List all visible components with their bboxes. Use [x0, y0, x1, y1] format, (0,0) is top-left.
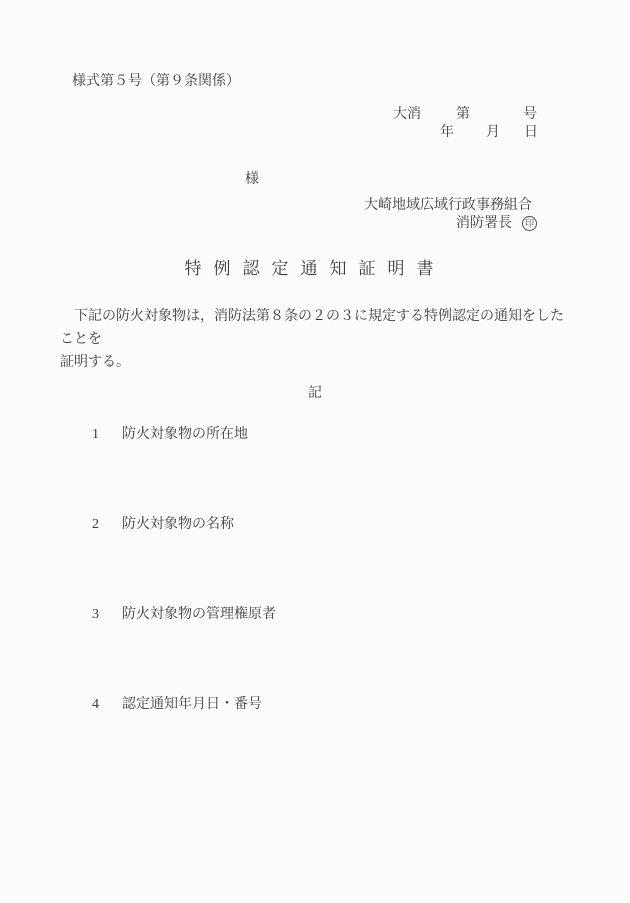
- item-4-label: 認定通知年月日・番号: [122, 697, 262, 712]
- signer-title: 消防署長: [456, 216, 512, 231]
- form-number: 様式第５号（第９条関係）: [72, 70, 240, 90]
- certificate-page: 様式第５号（第９条関係） 大消第号 年月日 様 大崎地域広域行政事務組合 消防署…: [0, 0, 630, 903]
- list-item-3: 3防火対象物の管理権原者: [92, 603, 276, 623]
- date-line: 年月日: [440, 121, 538, 141]
- date-month-label: 月: [486, 125, 500, 140]
- list-item-4: 4認定通知年月日・番号: [92, 693, 262, 713]
- list-heading: 記: [0, 382, 630, 402]
- signer-line: 消防署長印: [456, 212, 537, 232]
- body-paragraph: 下記の防火対象物は，消防法第８条の２の３に規定する特例認定の通知をしたことを 証…: [60, 305, 572, 374]
- addressee-suffix: 様: [245, 168, 259, 188]
- item-1-number: 1: [92, 427, 122, 443]
- document-number-line: 大消第号: [393, 103, 537, 123]
- doc-number-middle: 第: [456, 107, 470, 122]
- body-line-2: 証明する。: [60, 351, 572, 374]
- seal-icon: 印: [522, 216, 537, 231]
- item-1-label: 防火対象物の所在地: [122, 427, 248, 442]
- list-item-2: 2防火対象物の名称: [92, 513, 234, 533]
- item-3-label: 防火対象物の管理権原者: [122, 607, 276, 622]
- doc-number-prefix: 大消: [393, 107, 421, 122]
- doc-number-suffix: 号: [523, 107, 537, 122]
- document-title: 特例認定通知証明書: [0, 254, 630, 279]
- date-year-label: 年: [440, 125, 454, 140]
- organization-name: 大崎地域広域行政事務組合: [364, 194, 532, 214]
- item-2-label: 防火対象物の名称: [122, 517, 234, 532]
- date-day-label: 日: [524, 125, 538, 140]
- item-4-number: 4: [92, 697, 122, 713]
- body-line-1: 下記の防火対象物は，消防法第８条の２の３に規定する特例認定の通知をしたことを: [60, 305, 572, 351]
- list-item-1: 1防火対象物の所在地: [92, 423, 248, 443]
- item-2-number: 2: [92, 517, 122, 533]
- item-3-number: 3: [92, 607, 122, 623]
